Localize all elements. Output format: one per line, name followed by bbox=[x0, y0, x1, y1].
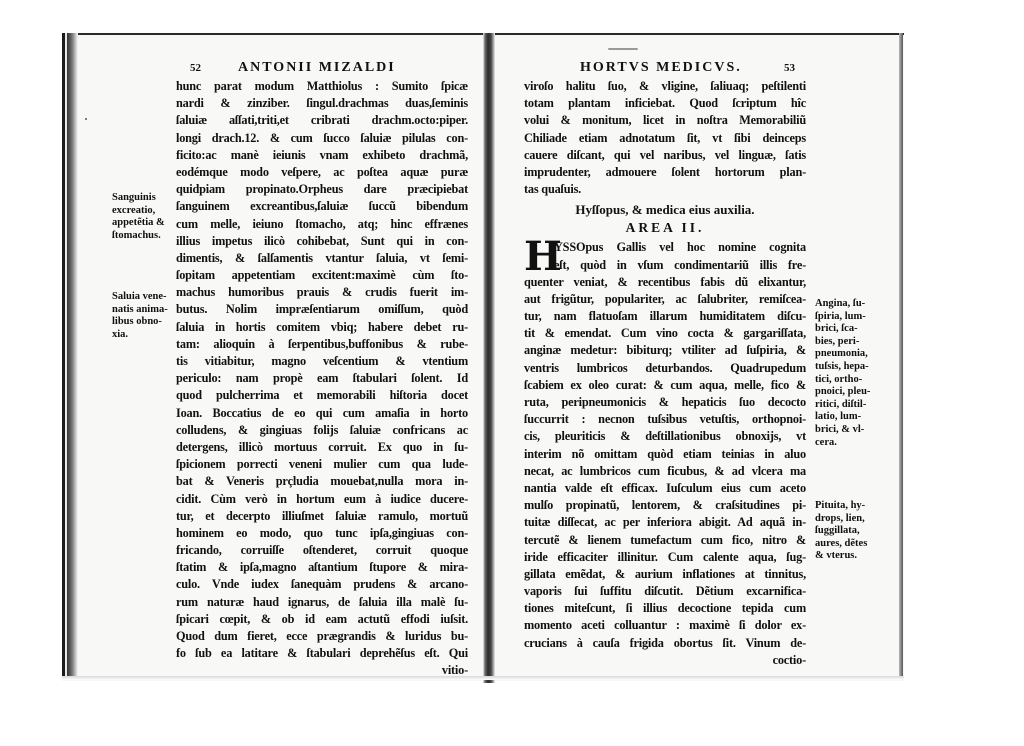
text-line: tercutẽ & lienem tumefactum cum fico, ni… bbox=[524, 532, 806, 549]
text-line: cis, pleuriticis & deſtillationibus obno… bbox=[524, 428, 806, 445]
margin-note-line: bies, peri- bbox=[815, 336, 870, 349]
margin-note-line: xia. bbox=[112, 329, 168, 342]
text-line: nantia valde eſt efficax. Iuſculum eius … bbox=[524, 480, 806, 497]
margin-note-line: ſuggillata, bbox=[815, 525, 867, 538]
text-line: colludens, & gingiuas folijs ſaluiæ conf… bbox=[176, 422, 468, 439]
text-line: ſuccurrit : necnon tuſsibus vetuſtis, or… bbox=[524, 411, 806, 428]
text-line: YSSOpus Gallis vel hoc nomine cognita bbox=[524, 239, 806, 256]
margin-note: Saluia vene-natis anima-libus obno-xia. bbox=[112, 291, 168, 341]
text-line: tis vitiabitur, magno veſcentium & vtent… bbox=[176, 353, 468, 370]
text-line: anginæ medetur: bibiturq; vtiliter ad ſu… bbox=[524, 342, 806, 359]
text-line: eſt, quòd in vſum condimentariũ illis fr… bbox=[524, 257, 806, 274]
page-number: 53 bbox=[784, 62, 795, 74]
text-line: ſpicari cœpit, & ob id eam actutũ effodi… bbox=[176, 611, 468, 628]
text-line: longi drach.12. & cum ſucco ſaluiæ pilul… bbox=[176, 130, 468, 147]
margin-note-line: tuſsis, hepa- bbox=[815, 361, 870, 374]
margin-note-line: libus obno- bbox=[112, 316, 168, 329]
text-line: iride efficaciter illinitur. Cum calente… bbox=[524, 549, 806, 566]
text-line: volui & monitum, licet in noſtra Memorab… bbox=[524, 112, 806, 129]
margin-note-line: Pituita, hy- bbox=[815, 500, 867, 513]
text-line: ſcabiem ex oleo curat: & cum aqua, melle… bbox=[524, 377, 806, 394]
margin-note-line: ſtomachus. bbox=[112, 230, 165, 243]
text-line: nardi & zinziber. ſingul.drachmas duas,ſ… bbox=[176, 95, 468, 112]
text-line: ventris lumbricos deturbandos. Quadruped… bbox=[524, 360, 806, 377]
text-line: dimentis, & ſalſamentis vtantur ſaluia, … bbox=[176, 250, 468, 267]
text-line: totam plantam inficiebat. Quod ſcriptum … bbox=[524, 95, 806, 112]
text-line: ſopitam appetentiam excitent:maximè cùm … bbox=[176, 267, 468, 284]
margin-note-line: brici, & vl- bbox=[815, 424, 870, 437]
text-line: rum naturæ haud ignarus, de ſaluia illa … bbox=[176, 594, 468, 611]
text-line: machus humoribus prauis & crudis fuerit … bbox=[176, 284, 468, 301]
text-line: ſpicionem porrecti veneni mulier cum qua… bbox=[176, 456, 468, 473]
text-line: culo. Vnde iudex ſanequàm prudens & arca… bbox=[176, 576, 468, 593]
text-line: ſtatim & ipſa,magno aſtantium ſtupore & … bbox=[176, 559, 468, 576]
text-line: tuitæ diſſecat, ac per inferiora abigit.… bbox=[524, 514, 806, 531]
margin-note-line: tici, ortho- bbox=[815, 374, 870, 387]
text-line: eodémque modo veſpere, ac poſtea aquæ pu… bbox=[176, 164, 468, 181]
text-line: imprudenter, admouere ſolent hortorum pl… bbox=[524, 164, 806, 181]
body-text: YSSOpus Gallis vel hoc nomine cognitaeſt… bbox=[524, 239, 806, 652]
catchword: vitio- bbox=[176, 662, 468, 679]
text-line: aut frigũtur, populariter, ac ſalubriter… bbox=[524, 291, 806, 308]
drop-cap: H bbox=[524, 240, 562, 274]
text-line: bat & Veneris prçludia mouebat,nulla mor… bbox=[176, 473, 468, 490]
text-line: tur, nam flatuoſam illarum humiditatem d… bbox=[524, 308, 806, 325]
margin-note-line: ſpiria, lum- bbox=[815, 311, 870, 324]
scan-speck bbox=[85, 118, 87, 120]
text-line: periculo: nam propè eam ſtabulari ſolent… bbox=[176, 370, 468, 387]
section-title: Hyſſopus, & medica eius auxilia. bbox=[524, 201, 806, 219]
margin-note-line: brici, ſca- bbox=[815, 323, 870, 336]
book-gutter bbox=[483, 33, 495, 683]
text-line: ſaluia in hortis comitem vbiq; habere de… bbox=[176, 319, 468, 336]
text-line: fo ſub ea latitare & ſtabulari deprehẽſu… bbox=[176, 645, 468, 662]
text-line: momento aceti colluantur : maximè ſi dol… bbox=[524, 617, 806, 634]
right-page: HORTVS MEDICVS. 53 viroſo halitu ſuo, & … bbox=[524, 60, 806, 669]
text-line: quod pulcherrima et memorabili hiſtoria … bbox=[176, 387, 468, 404]
text-line: Quod dum fieret, ecce prægrandis & lurid… bbox=[176, 628, 468, 645]
text-line: Ioan. Boccatius de eo qui cum amaſia in … bbox=[176, 405, 468, 422]
margin-note-line: & vterus. bbox=[815, 550, 867, 563]
margin-note-line: cera. bbox=[815, 437, 870, 450]
margin-note-line: Sanguinis bbox=[112, 192, 165, 205]
text-line: ſanguinem excreantibus,ſaluiæ ſuccũ bibe… bbox=[176, 198, 468, 215]
margin-note-line: latio, lum- bbox=[815, 411, 870, 424]
running-head-title: ANTONII MIZALDI bbox=[238, 60, 396, 76]
text-line: hominem eo modo, quo tunc ipſa,gingiuas … bbox=[176, 525, 468, 542]
margin-note-line: appetẽtia & bbox=[112, 217, 165, 230]
text-line: Chiliade etiam adnotatum ſit, vt ſibi de… bbox=[524, 130, 806, 147]
section-area: AREA II. bbox=[524, 219, 806, 237]
text-line: cauere diſcant, qui vel naribus, vel lin… bbox=[524, 147, 806, 164]
margin-note-line: pneumonia, bbox=[815, 348, 870, 361]
text-line: tas quaſuis. bbox=[524, 181, 806, 198]
margin-note-line: drops, lien, bbox=[815, 513, 867, 526]
margin-note-line: Angina, ſu- bbox=[815, 298, 870, 311]
running-head: HORTVS MEDICVS. 53 bbox=[524, 60, 806, 78]
margin-note: Pituita, hy-drops, lien,ſuggillata,aures… bbox=[815, 500, 867, 563]
text-line: cum melle, ieiuno ſtomacho, atq; hinc ef… bbox=[176, 216, 468, 233]
text-line: vaporis ſui ſuffitu diſcutit. Dẽtium exc… bbox=[524, 583, 806, 600]
text-line: ficito:ac manè ieiunis vnam exhibeto dra… bbox=[176, 147, 468, 164]
text-line: viroſo halitu ſuo, & vligine, ſaliuaq; p… bbox=[524, 78, 806, 95]
text-line: illius impetus ilicò cohibebat, Sunt qui… bbox=[176, 233, 468, 250]
catchword: coctio- bbox=[524, 652, 806, 669]
text-line: tur, et decerpto illiuſmet ſaluiæ ramulo… bbox=[176, 508, 468, 525]
page-number: 52 bbox=[190, 62, 201, 74]
text-line: hunc parat modum Matthiolus : Sumito ſpi… bbox=[176, 78, 468, 95]
margin-note-line: natis anima- bbox=[112, 304, 168, 317]
text-line: interim nõ omittam quòd etiam teinias in… bbox=[524, 446, 806, 463]
text-line: fricando, corruiſſe oſtenderet, corruit … bbox=[176, 542, 468, 559]
text-line: cidit. Cùm verò in hortum eum à iudice d… bbox=[176, 491, 468, 508]
left-page-edge bbox=[62, 33, 78, 679]
text-line: crucians à cauſa frigida obortus ſit. Vi… bbox=[524, 635, 806, 652]
left-page: 52 ANTONII MIZALDI hunc parat modum Matt… bbox=[176, 60, 468, 680]
scan-speck bbox=[608, 48, 638, 50]
body-text: viroſo halitu ſuo, & vligine, ſaliuaq; p… bbox=[524, 78, 806, 198]
text-line: detergens, illicò mortuus corruit. Ex qu… bbox=[176, 439, 468, 456]
margin-note: Sanguinisexcreatio,appetẽtia &ſtomachus. bbox=[112, 192, 165, 242]
margin-note-line: ritici, diſtil- bbox=[815, 399, 870, 412]
margin-note-line: Saluia vene- bbox=[112, 291, 168, 304]
text-line: tit & emendat. Cum vino cocta & gargariſ… bbox=[524, 325, 806, 342]
text-line: butus. Nolim impræſentiarum omiſſum, quò… bbox=[176, 301, 468, 318]
margin-note-line: aures, dẽtes bbox=[815, 538, 867, 551]
running-head-title: HORTVS MEDICVS. bbox=[580, 60, 742, 76]
text-line: ſaluiæ aſſati,triti,et cribrati drachm.o… bbox=[176, 112, 468, 129]
text-line: gillata emẽdat, & aurium inflationes at … bbox=[524, 566, 806, 583]
margin-note-line: pnoici, pleu- bbox=[815, 386, 870, 399]
running-head: 52 ANTONII MIZALDI bbox=[176, 60, 468, 78]
text-line: ruta, peripneumonicis & hepaticis ſuo de… bbox=[524, 394, 806, 411]
text-line: mulſo propinatũ, lentorem, & craſsitudin… bbox=[524, 497, 806, 514]
margin-note: Angina, ſu-ſpiria, lum-brici, ſca-bies, … bbox=[815, 298, 870, 449]
margin-note-line: excreatio, bbox=[112, 205, 165, 218]
text-line: necat, ac lumbricos cum ficubus, & ad vl… bbox=[524, 463, 806, 480]
body-text: hunc parat modum Matthiolus : Sumito ſpi… bbox=[176, 78, 468, 662]
right-page-edge bbox=[899, 33, 903, 679]
text-line: quidpiam propinato.Orpheus dare præcipie… bbox=[176, 181, 468, 198]
text-line: tam: alioquin à ſerpentibus,buffonibus &… bbox=[176, 336, 468, 353]
text-line: tiones miteſcunt, ſi illius decoctione t… bbox=[524, 600, 806, 617]
text-line: quenter veniat, & recentibus fabis dũ el… bbox=[524, 274, 806, 291]
